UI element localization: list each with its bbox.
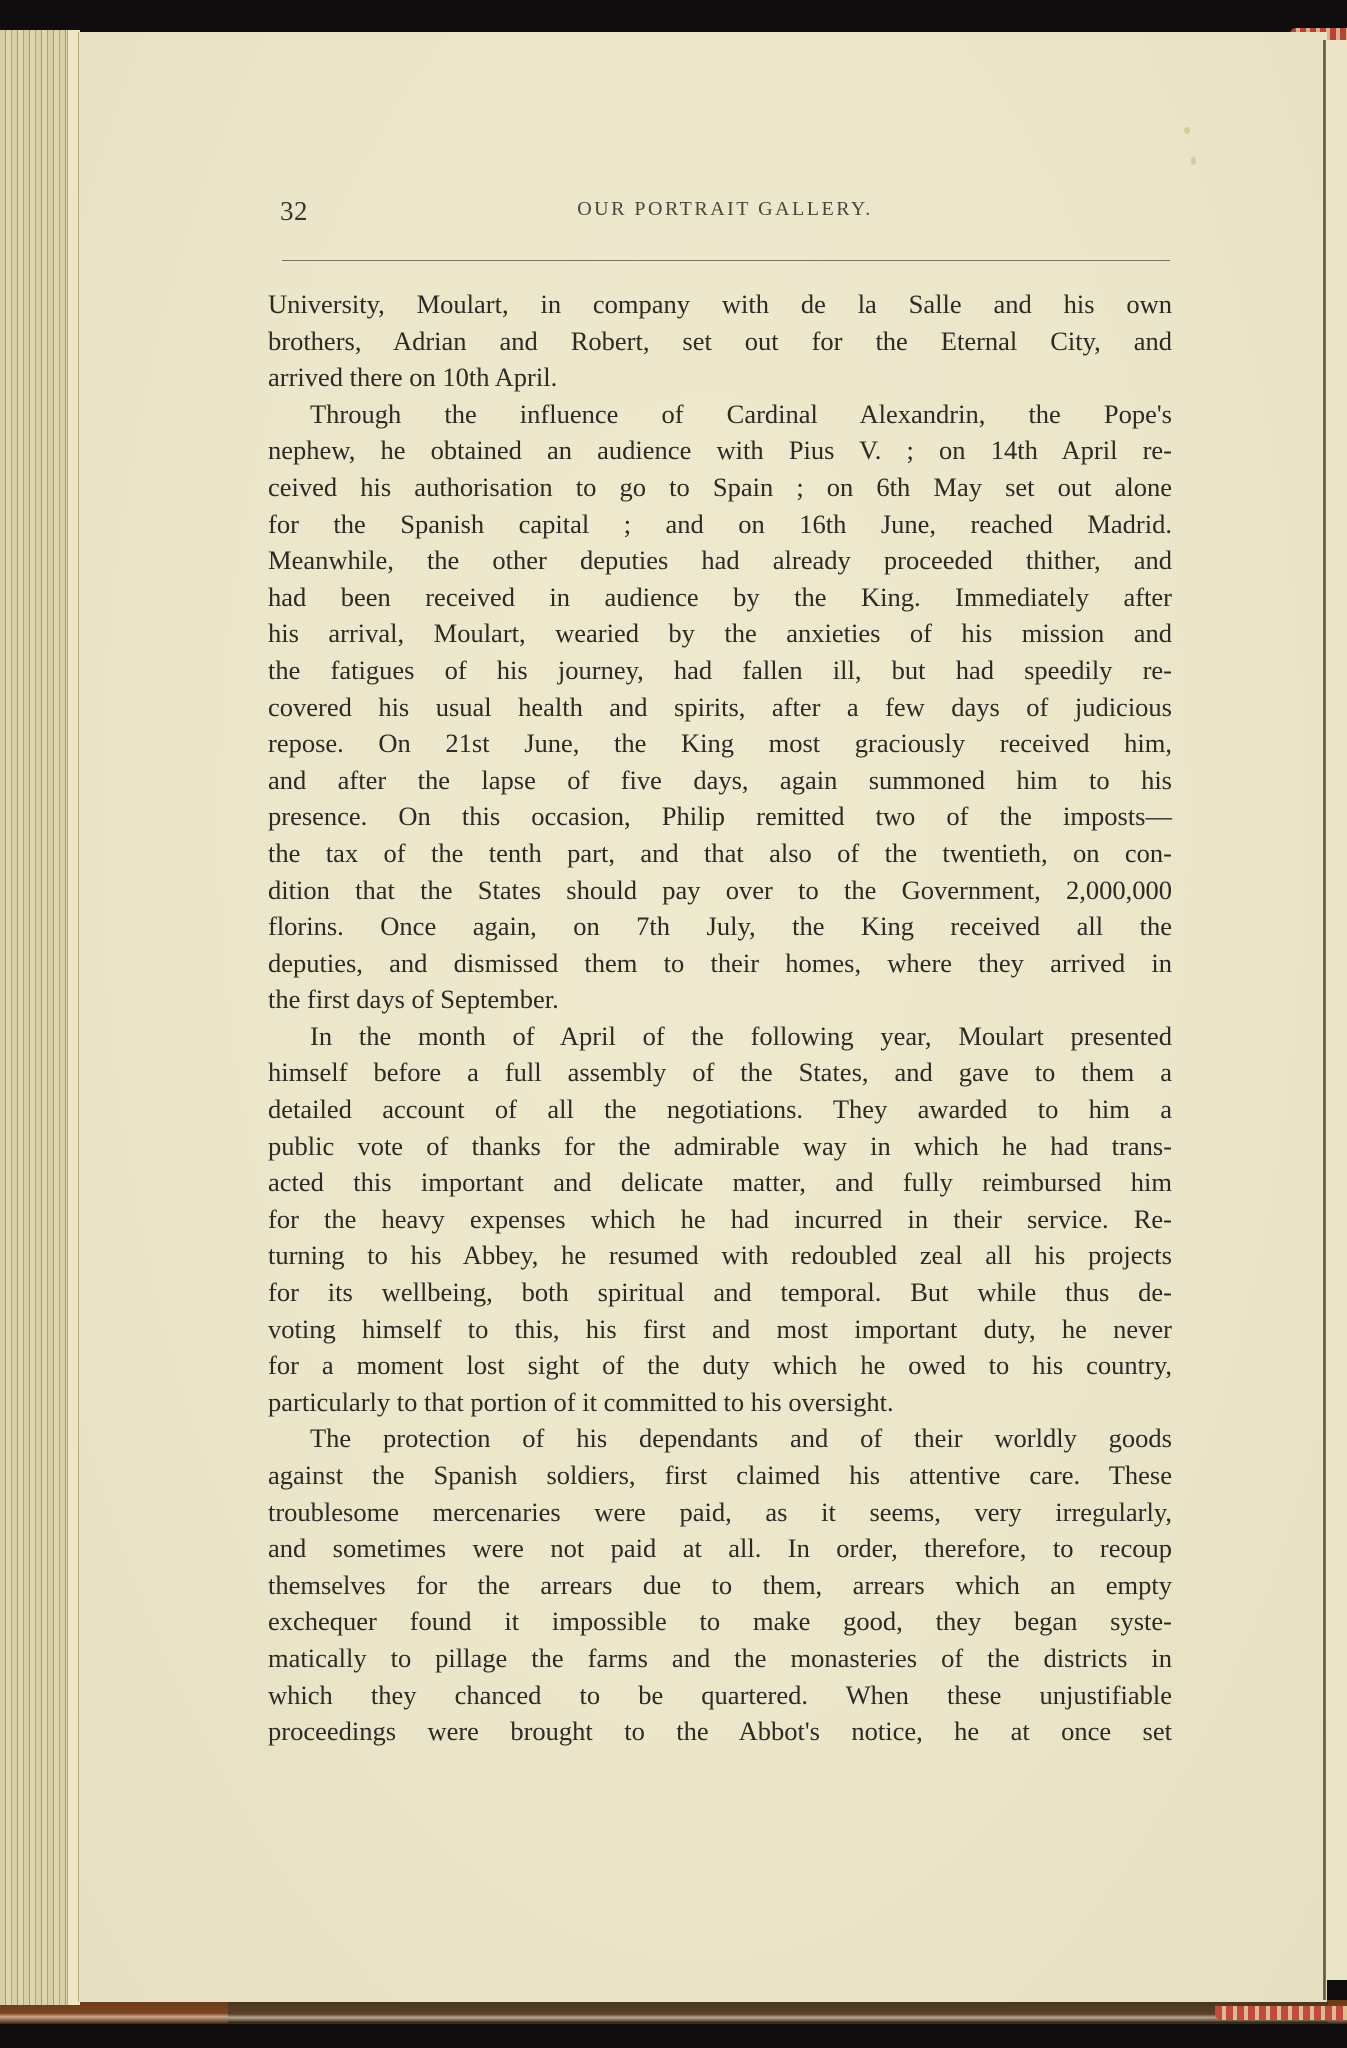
body-text: University, Moulart, in company with de … [268, 286, 1172, 1750]
text-line: Meanwhile, the other deputies had alread… [268, 542, 1172, 579]
text-line: exchequer found it impossible to make go… [268, 1603, 1172, 1640]
foxing-spot [1184, 127, 1190, 134]
book-headband-bottom [1215, 2006, 1347, 2020]
book-cover-edge-right [228, 2001, 1328, 2023]
text-line: and after the lapse of five days, again … [268, 762, 1172, 799]
foxing-spot [1191, 157, 1196, 165]
text-line: which they chanced to be quartered. When… [268, 1677, 1172, 1714]
text-line: brothers, Adrian and Robert, set out for… [268, 323, 1172, 360]
text-line: the tax of the tenth part, and that also… [268, 835, 1172, 872]
text-line: for the Spanish capital ; and on 16th Ju… [268, 506, 1172, 543]
text-line: dition that the States should pay over t… [268, 872, 1172, 909]
text-line: detailed account of all the negotiations… [268, 1091, 1172, 1128]
text-line: his arrival, Moulart, wearied by the anx… [268, 615, 1172, 652]
text-line: and sometimes were not paid at all. In o… [268, 1530, 1172, 1567]
facing-page-edge [1326, 40, 1347, 1980]
text-line: repose. On 21st June, the King most grac… [268, 725, 1172, 762]
text-line: Through the influence of Cardinal Alexan… [268, 396, 1172, 433]
text-line: voting himself to this, his first and mo… [268, 1311, 1172, 1348]
text-line: turning to his Abbey, he resumed with re… [268, 1237, 1172, 1274]
text-line: for the heavy expenses which he had incu… [268, 1201, 1172, 1238]
text-line: In the month of April of the following y… [268, 1018, 1172, 1055]
text-line: florins. Once again, on 7th July, the Ki… [268, 908, 1172, 945]
text-line: the first days of September. [268, 981, 1172, 1018]
page-gutter [1323, 40, 1326, 2000]
header-rule [282, 260, 1170, 261]
running-title: OUR PORTRAIT GALLERY. [280, 198, 1170, 221]
text-line: University, Moulart, in company with de … [268, 286, 1172, 323]
text-line: against the Spanish soldiers, first clai… [268, 1457, 1172, 1494]
text-line: themselves for the arrears due to them, … [268, 1567, 1172, 1604]
running-head: 32 OUR PORTRAIT GALLERY. [280, 196, 1170, 236]
text-line: arrived there on 10th April. [268, 359, 1172, 396]
text-line: proceedings were brought to the Abbot's … [268, 1713, 1172, 1750]
text-line: acted this important and delicate matter… [268, 1164, 1172, 1201]
text-line: ceived his authorisation to go to Spain … [268, 469, 1172, 506]
text-line: matically to pillage the farms and the m… [268, 1640, 1172, 1677]
page-edges-stack [0, 30, 80, 2005]
text-line: covered his usual health and spirits, af… [268, 689, 1172, 726]
text-line: for a moment lost sight of the duty whic… [268, 1347, 1172, 1384]
text-line: troublesome mercenaries were paid, as it… [268, 1494, 1172, 1531]
text-line: had been received in audience by the Kin… [268, 579, 1172, 616]
text-line: for its wellbeing, both spiritual and te… [268, 1274, 1172, 1311]
text-line: presence. On this occasion, Philip remit… [268, 798, 1172, 835]
text-line: particularly to that portion of it commi… [268, 1384, 1172, 1421]
text-line: nephew, he obtained an audience with Piu… [268, 432, 1172, 469]
text-line: himself before a full assembly of the St… [268, 1054, 1172, 1091]
text-line: the fatigues of his journey, had fallen … [268, 652, 1172, 689]
text-line: deputies, and dismissed them to their ho… [268, 945, 1172, 982]
text-line: The protection of his dependants and of … [268, 1420, 1172, 1457]
text-line: public vote of thanks for the admirable … [268, 1128, 1172, 1165]
